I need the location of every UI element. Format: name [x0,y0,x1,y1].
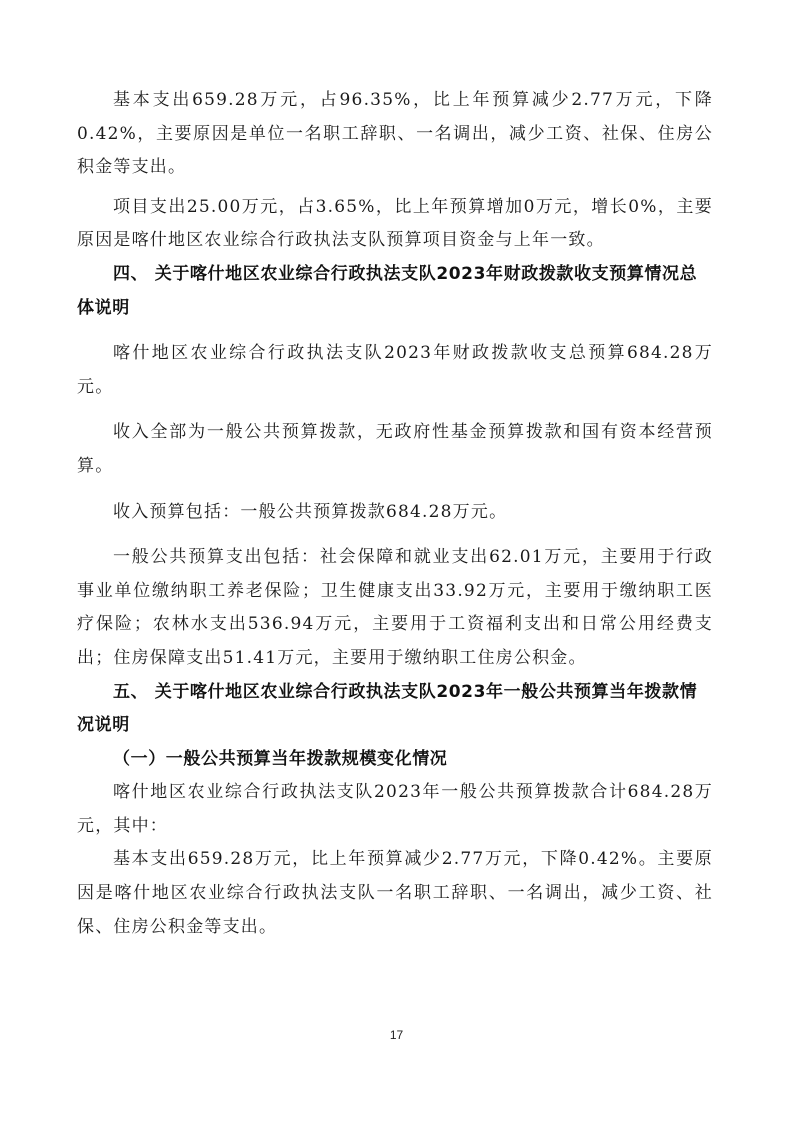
section-4-income-budget: 收入预算包括：一般公共预算拨款684.28万元。 [77,496,713,530]
page-number: 17 [0,1028,793,1042]
section-5-heading: 五、 关于喀什地区农业综合行政执法支队2023年一般公共预算当年拨款情况说明 [77,676,713,743]
section-5-total-appropriation: 喀什地区农业综合行政执法支队2023年一般公共预算拨款合计684.28万元，其中… [77,776,713,843]
section-4-expenditure-breakdown: 一般公共预算支出包括：社会保障和就业支出62.01万元，主要用于行政事业单位缴纳… [77,541,713,675]
page-content: 基本支出659.28万元，占96.35%，比上年预算减少2.77万元，下降0.4… [77,84,713,944]
section-4-income-composition: 收入全部为一般公共预算拨款，无政府性基金预算拨款和国有资本经营预算。 [77,416,713,483]
section-4-heading: 四、 关于喀什地区农业综合行政执法支队2023年财政拨款收支预算情况总体说明 [77,258,713,325]
section-5-basic-expenditure: 基本支出659.28万元，比上年预算减少2.77万元，下降0.42%。主要原因是… [77,843,713,944]
paragraph-project-expenditure: 项目支出25.00万元，占3.65%，比上年预算增加0万元，增长0%，主要原因是… [77,191,713,258]
paragraph-basic-expenditure: 基本支出659.28万元，占96.35%，比上年预算减少2.77万元，下降0.4… [77,84,713,185]
document-page: 基本支出659.28万元，占96.35%，比上年预算减少2.77万元，下降0.4… [0,0,793,1122]
section-4-total-budget: 喀什地区农业综合行政执法支队2023年财政拨款收支总预算684.28万元。 [77,337,713,404]
section-5-subheading: （一）一般公共预算当年拨款规模变化情况 [77,743,713,777]
